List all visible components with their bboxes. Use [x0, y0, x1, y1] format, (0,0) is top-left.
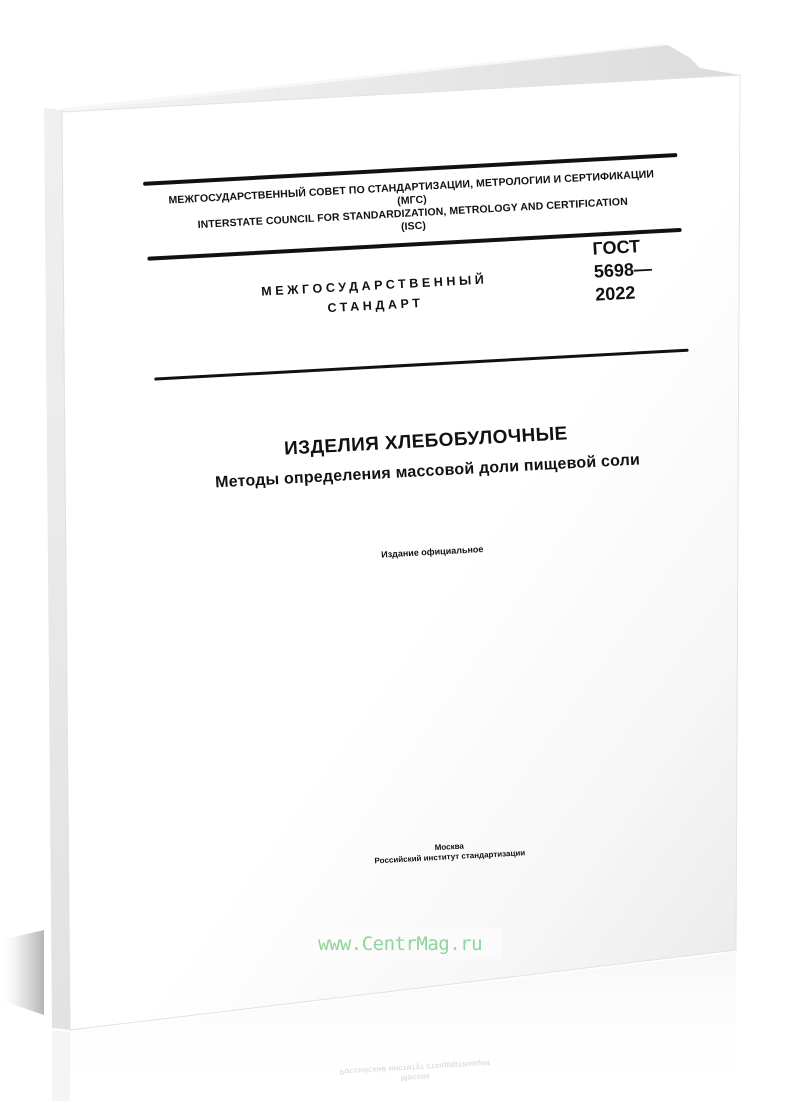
book-mockup: МЕЖГОСУДАРСТВЕННЫЙ СОВЕТ ПО СТАНДАРТИЗАЦ… [0, 0, 800, 1101]
standard-type: МЕЖГОСУДАРСТВЕННЫЙ СТАНДАРТ [209, 267, 541, 325]
cover-content: МЕЖГОСУДАРСТВЕННЫЙ СОВЕТ ПО СТАНДАРТИЗАЦ… [140, 101, 724, 909]
watermark: www.CentrMag.ru [298, 929, 502, 959]
edition-label: Издание официальное [165, 532, 700, 571]
gost-code: ГОСТ 5698— 2022 [592, 235, 654, 307]
gost-prefix: ГОСТ [592, 235, 651, 261]
gost-number: 5698— [593, 258, 652, 284]
lower-rule [154, 349, 688, 381]
gost-year: 2022 [595, 281, 654, 307]
publisher-block: Москва Российский институт стандартизаци… [182, 828, 717, 877]
